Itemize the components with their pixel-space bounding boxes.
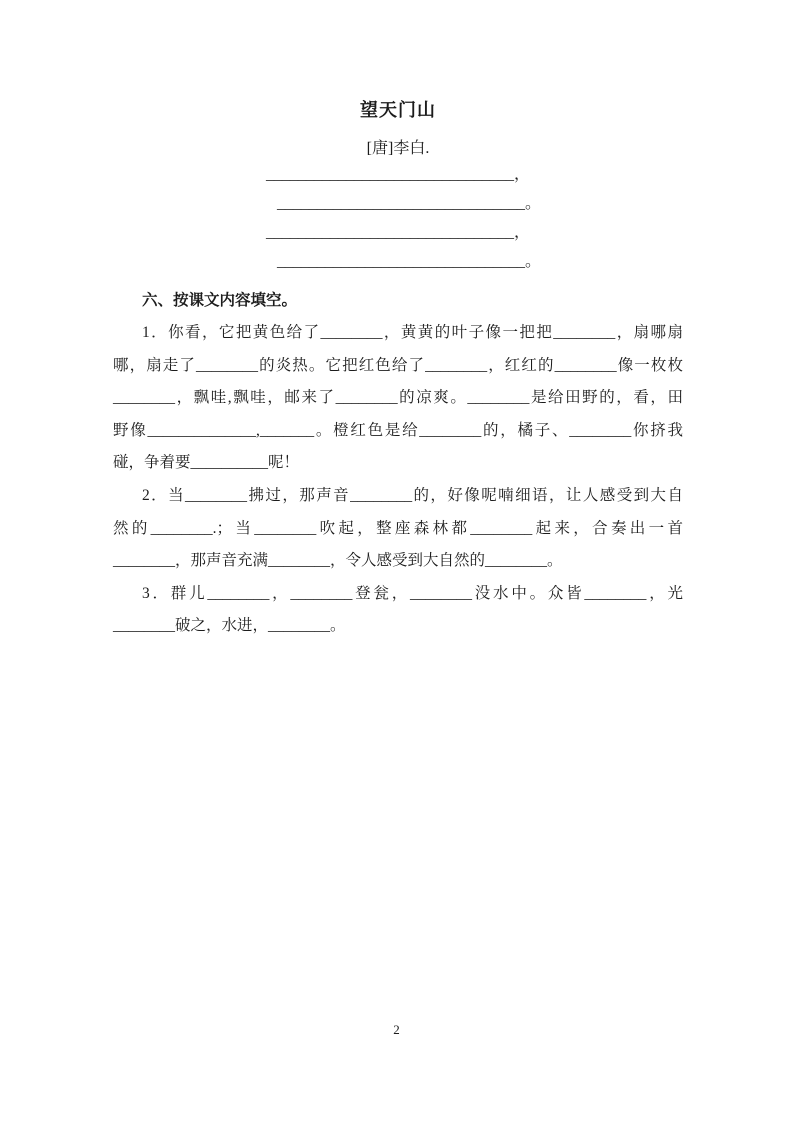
question-2: 2．当________拂过，那声音________的，好像呢喃细语，让人感受到大… xyxy=(113,480,683,578)
question-1-line-5: 碰，争着要__________呢！ xyxy=(113,447,683,480)
poem-blank-line-2: _______________________________。 xyxy=(124,189,694,218)
question-2-line-3: ________，那声音充满________，令人感受到大自然的________… xyxy=(113,545,683,578)
question-3-line-1: 3．群儿________，________登瓮，________没水中。众皆__… xyxy=(113,578,683,611)
question-1-line-2: 哪，扇走了________的炎热。它把红色给了________，红红的_____… xyxy=(113,350,683,383)
poem-title: 望天门山 xyxy=(113,99,683,121)
question-1: 1．你看，它把黄色给了________，黄黄的叶子像一把把________，扇哪… xyxy=(113,317,683,480)
question-1-line-3: ________，飘哇,飘哇，邮来了________的凉爽。________是给… xyxy=(113,382,683,415)
question-3-line-2: ________破之，水进，________。 xyxy=(113,610,683,643)
document-page: 望天门山 [唐]李白. ____________________________… xyxy=(113,99,683,643)
question-3: 3．群儿________，________登瓮，________没水中。众皆__… xyxy=(113,578,683,643)
poem-blank-line-4: _______________________________。 xyxy=(124,247,694,276)
section-heading: 六、按课文内容填空。 xyxy=(113,284,683,317)
page-number: 2 xyxy=(0,1022,793,1038)
poem-block: 望天门山 [唐]李白. ____________________________… xyxy=(113,99,683,276)
poem-author: [唐]李白. xyxy=(113,138,683,160)
poem-blank-line-3: _______________________________， xyxy=(113,218,683,247)
question-1-line-4: 野像______________,_______。橙红色是给________的，… xyxy=(113,415,683,448)
question-1-line-1: 1．你看，它把黄色给了________，黄黄的叶子像一把把________，扇哪… xyxy=(113,317,683,350)
question-2-line-1: 2．当________拂过，那声音________的，好像呢喃细语，让人感受到大… xyxy=(113,480,683,513)
question-2-line-2: 然的________.；当________吹起，整座森林都________起来，… xyxy=(113,513,683,546)
poem-blank-lines: _______________________________， _______… xyxy=(113,160,683,276)
poem-blank-line-1: _______________________________， xyxy=(113,160,683,189)
